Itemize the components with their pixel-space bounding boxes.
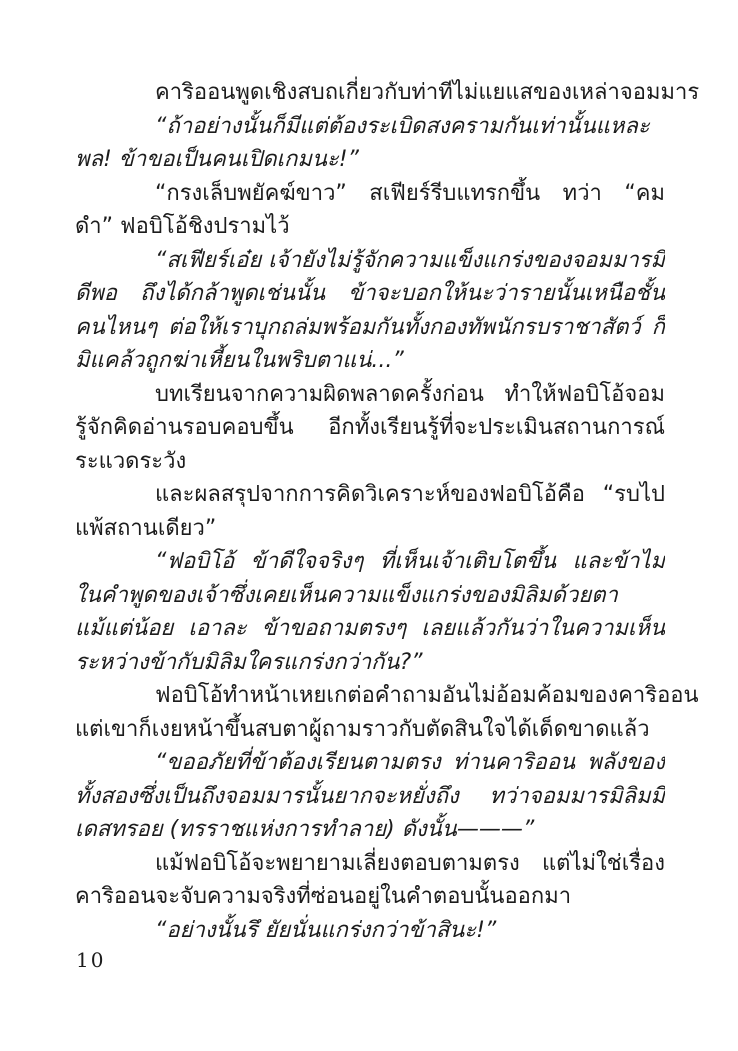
dialogue-line: เดสทรอย (ทรราชแห่งการทำลาย) ดังนั้น———”: [75, 813, 665, 847]
dialogue-line: มิแคล้วถูกฆ่าเหี้ยนในพริบตาแน่...”: [75, 344, 665, 378]
body-text: คาริออนพูดเชิงสบถเกี่ยวกับท่าทีไม่แยแสขอ…: [75, 76, 665, 947]
dialogue-line: “ขออภัยที่ข้าต้องเรียนตามตรง ท่านคาริออน…: [75, 746, 665, 780]
dialogue-line: แม้แต่น้อย เอาละ ข้าขอถามตรงๆ เลยแล้วกัน…: [75, 612, 665, 646]
dialogue-line: ดีพอ ถึงได้กล้าพูดเช่นนั้น ข้าจะบอกให้นะ…: [75, 277, 665, 311]
narration-line: รู้จักคิดอ่านรอบคอบขึ้น อีกทั้งเรียนรู้ท…: [75, 411, 665, 445]
narration-line: แพ้สถานเดียว”: [75, 512, 665, 546]
narration-line: แต่เขาก็เงยหน้าขึ้นสบตาผู้ถามราวกับตัดสิ…: [75, 713, 665, 747]
dialogue-line: “อย่างนั้นรึ ยัยนั่นแกร่งกว่าข้าสินะ!”: [75, 914, 665, 948]
narration-line: ฟอบิโอ้ทำหน้าเหยเกต่อคำถามอันไม่อ้อมค้อม…: [75, 679, 665, 713]
dialogue-line: ระหว่างข้ากับมิลิมใครแกร่งกว่ากัน?”: [75, 646, 665, 680]
dialogue-line: “ฟอบิโอ้ ข้าดีใจจริงๆ ที่เห็นเจ้าเติบโตข…: [75, 545, 665, 579]
dialogue-line: พล! ข้าขอเป็นคนเปิดเกมนะ!”: [75, 143, 665, 177]
narration-line: คาริออนพูดเชิงสบถเกี่ยวกับท่าทีไม่แยแสขอ…: [75, 76, 665, 110]
dialogue-line: ในคำพูดของเจ้าซึ่งเคยเห็นความแข็งแกร่งขอ…: [75, 579, 665, 613]
dialogue-line: “ถ้าอย่างนั้นก็มีแต่ต้องระเบิดสงครามกันเ…: [75, 110, 665, 144]
narration-line: บทเรียนจากความผิดพลาดครั้งก่อน ทำให้ฟอบิ…: [75, 378, 665, 412]
dialogue-line: “สเฟียร์เอ๋ย เจ้ายังไม่รู้จักความแข็งแกร…: [75, 244, 665, 278]
narration-line: “กรงเล็บพยัคฆ์ขาว” สเฟียร์รีบแทรกขึ้น ทว…: [75, 177, 665, 211]
book-page: คาริออนพูดเชิงสบถเกี่ยวกับท่าทีไม่แยแสขอ…: [0, 0, 738, 1051]
dialogue-line: ทั้งสองซึ่งเป็นถึงจอมมารนั้นยากจะหยั่งถึ…: [75, 780, 665, 814]
narration-line: แม้ฟอบิโอ้จะพยายามเลี่ยงตอบตามตรง แต่ไม่…: [75, 847, 665, 881]
narration-line: และผลสรุปจากการคิดวิเคราะห์ของฟอบิโอ้คือ…: [75, 478, 665, 512]
narration-line: ระแวดระวัง: [75, 445, 665, 479]
page-number: 10: [76, 948, 105, 972]
narration-line: ดำ” ฟอบิโอ้ชิงปรามไว้: [75, 210, 665, 244]
narration-line: คาริออนจะจับความจริงที่ซ่อนอยู่ในคำตอบนั…: [75, 880, 665, 914]
dialogue-line: คนไหนๆ ต่อให้เราบุกถล่มพร้อมกันทั้งกองทั…: [75, 311, 665, 345]
